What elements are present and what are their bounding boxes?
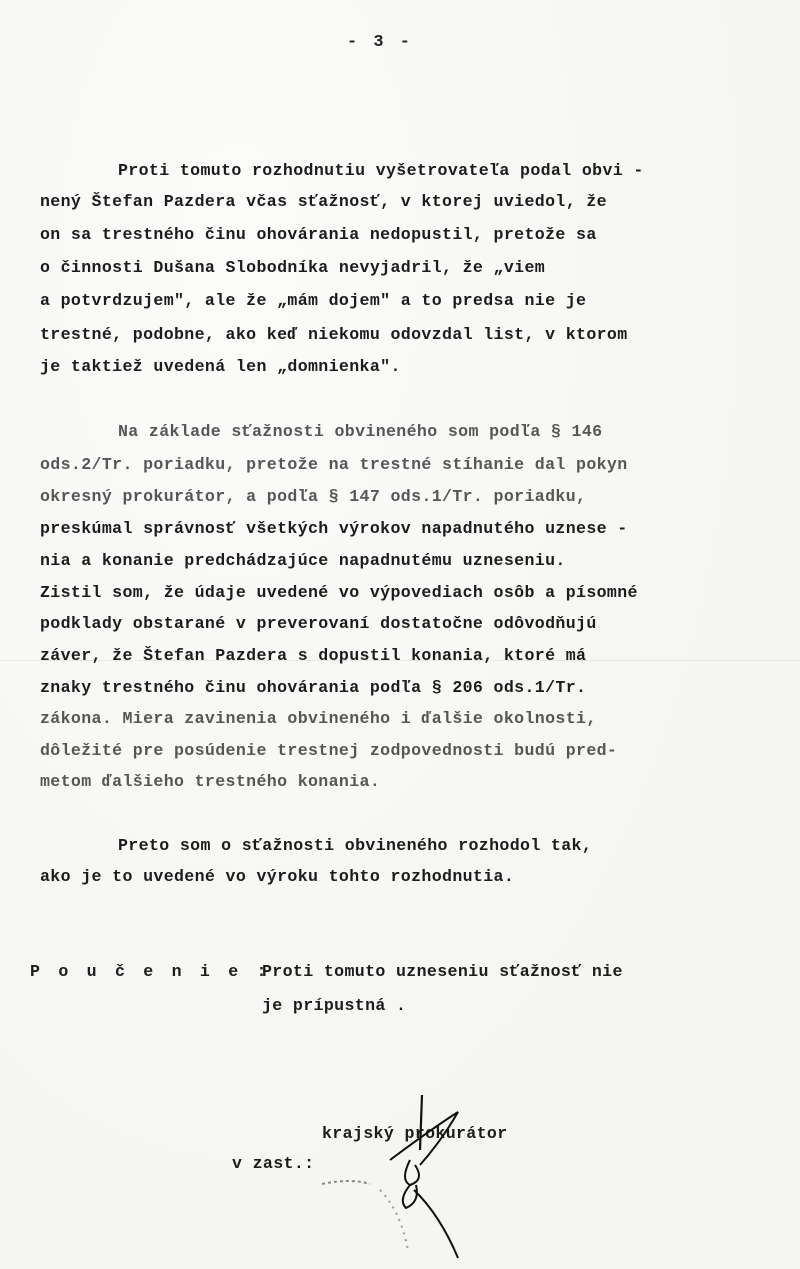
text-line: o činnosti Dušana Slobodníka nevyjadril,…: [40, 258, 545, 277]
text-line: zákona. Miera zavinenia obvineného i ďal…: [40, 709, 597, 728]
text-line: Na základe sťažnosti obvineného som podľ…: [118, 422, 602, 441]
text-line: znaky trestného činu ohovárania podľa § …: [40, 678, 586, 697]
instruction-text: Proti tomuto uzneseniu sťažnosť nie: [262, 962, 623, 981]
text-line: okresný prokurátor, a podľa § 147 ods.1/…: [40, 487, 586, 506]
document-page: - 3 - Proti tomuto rozhodnutiu vyšetrova…: [0, 0, 800, 1269]
text-line: nený Štefan Pazdera včas sťažnosť, v kto…: [40, 192, 607, 211]
text-line: nia a konanie predchádzajúce napadnutému…: [40, 551, 566, 570]
text-line: preskúmal správnosť všetkých výrokov nap…: [40, 519, 628, 538]
handwritten-signature-icon: [380, 1090, 490, 1260]
on-behalf-label: v zast.:: [232, 1154, 314, 1173]
text-line: Zistil som, že údaje uvedené vo výpovedi…: [40, 583, 638, 602]
page-number: - 3 -: [0, 33, 760, 52]
text-line: metom ďalšieho trestného konania.: [40, 772, 380, 791]
instruction-label: P o u č e n i e :: [30, 962, 271, 981]
text-line: záver, že Štefan Pazdera s dopustil kona…: [40, 646, 586, 665]
text-line: trestné, podobne, ako keď niekomu odovzd…: [40, 325, 628, 344]
text-line: podklady obstarané v preverovaní dostato…: [40, 614, 597, 633]
text-line: dôležité pre posúdenie trestnej zodpoved…: [40, 741, 617, 760]
instruction-text: je prípustná .: [262, 996, 406, 1015]
text-line: ods.2/Tr. poriadku, pretože na trestné s…: [40, 455, 628, 474]
text-line: on sa trestného činu ohovárania nedopust…: [40, 225, 597, 244]
text-line: a potvrdzujem", ale že „mám dojem" a to …: [40, 291, 586, 310]
text-line: Proti tomuto rozhodnutiu vyšetrovateľa p…: [118, 161, 644, 180]
text-line: ako je to uvedené vo výroku tohto rozhod…: [40, 867, 514, 886]
text-line: je taktiež uvedená len „domnienka".: [40, 357, 401, 376]
text-line: Preto som o sťažnosti obvineného rozhodo…: [118, 836, 592, 855]
